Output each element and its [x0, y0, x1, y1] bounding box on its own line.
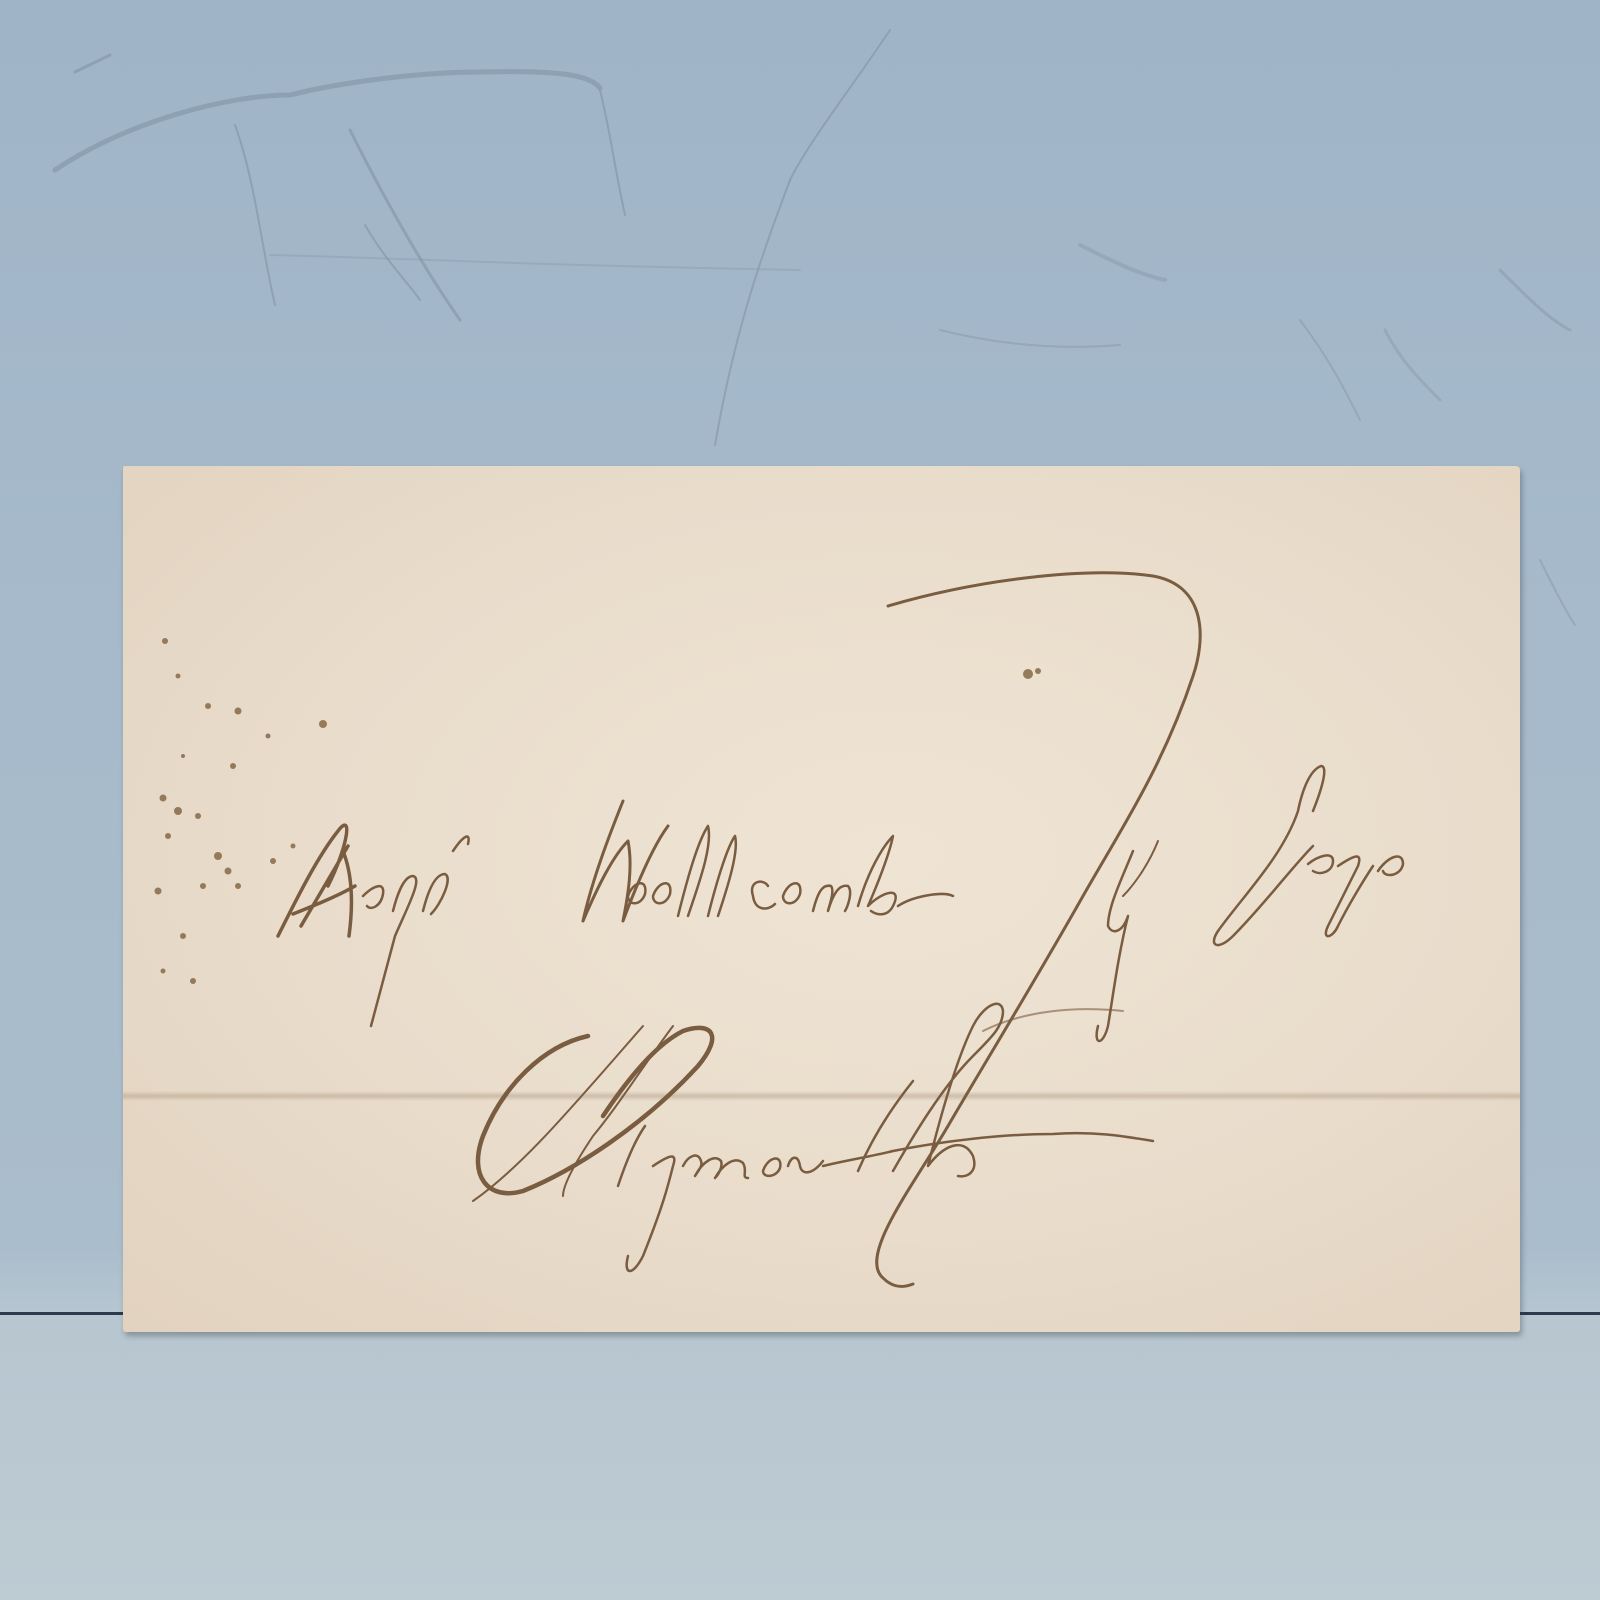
folded-letter: Mess^rs Woollcombe & Jago Plymouth 7 ill…	[123, 466, 1520, 1332]
faint-postmark	[155, 638, 1042, 984]
handwritten-address	[123, 466, 1520, 1332]
table-surface	[0, 1312, 1600, 1600]
